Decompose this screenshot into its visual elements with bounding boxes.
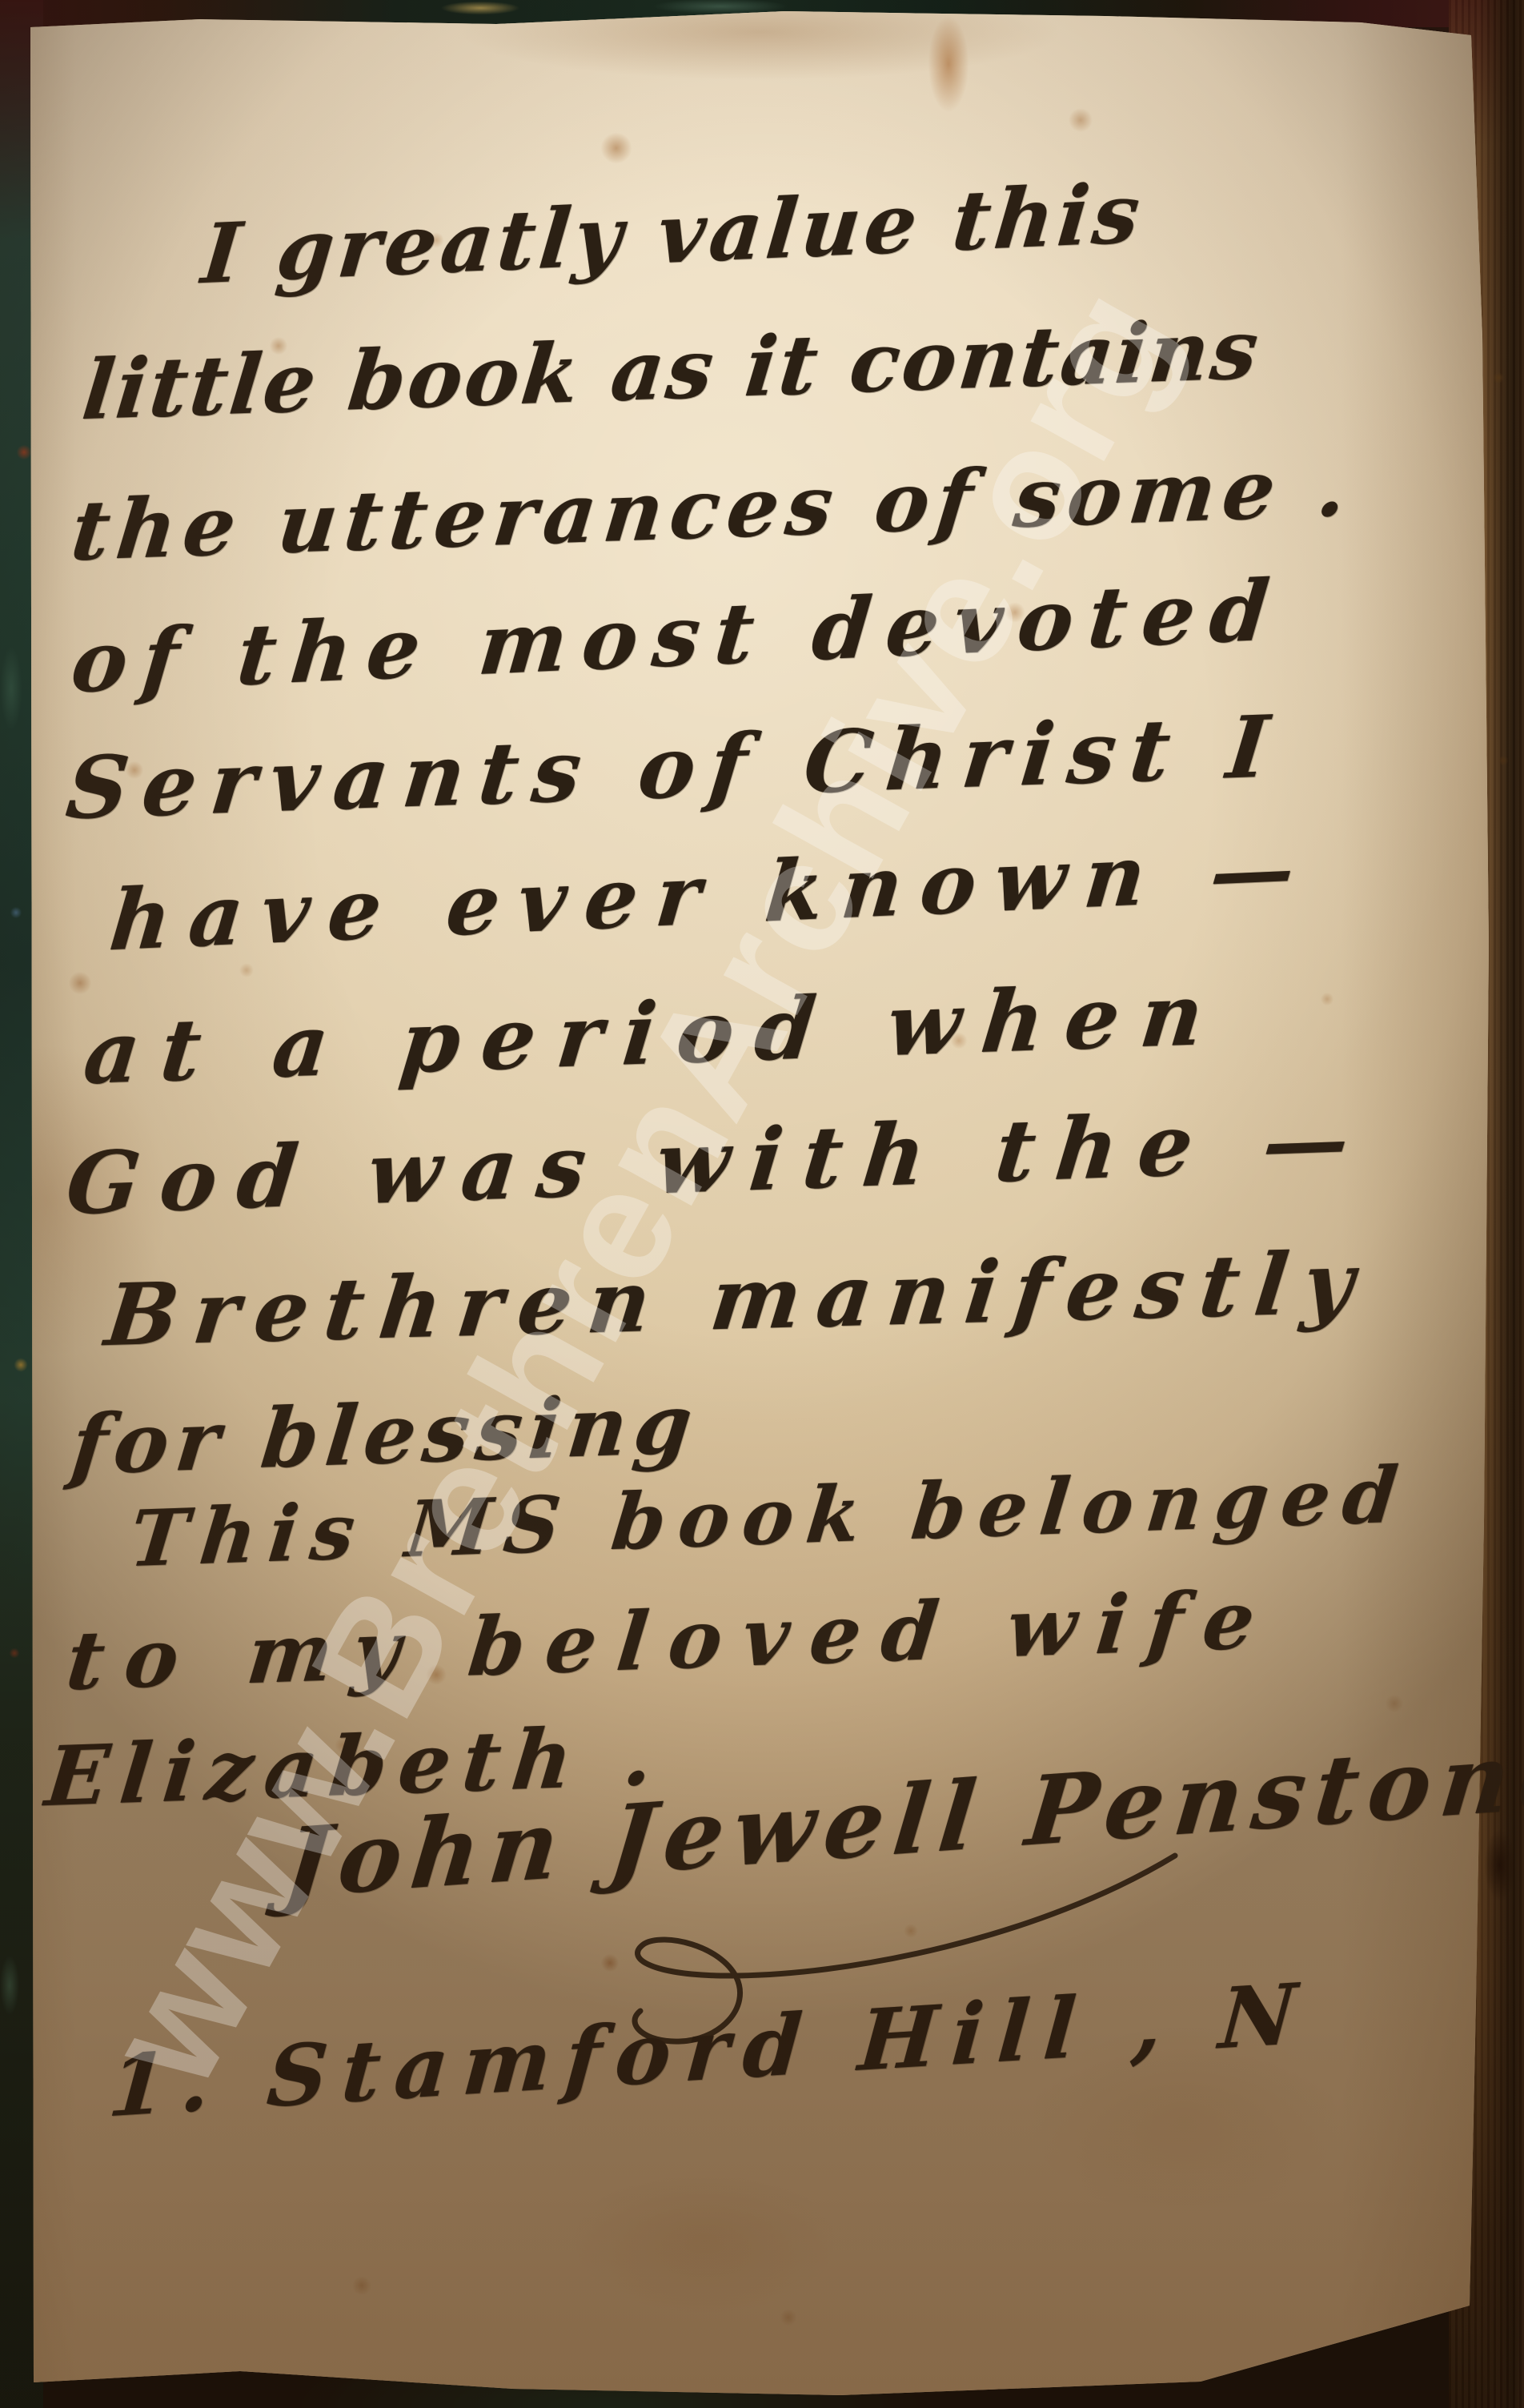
photograph-of-manuscript: I greatly value this little book as it c… xyxy=(0,0,1524,2408)
